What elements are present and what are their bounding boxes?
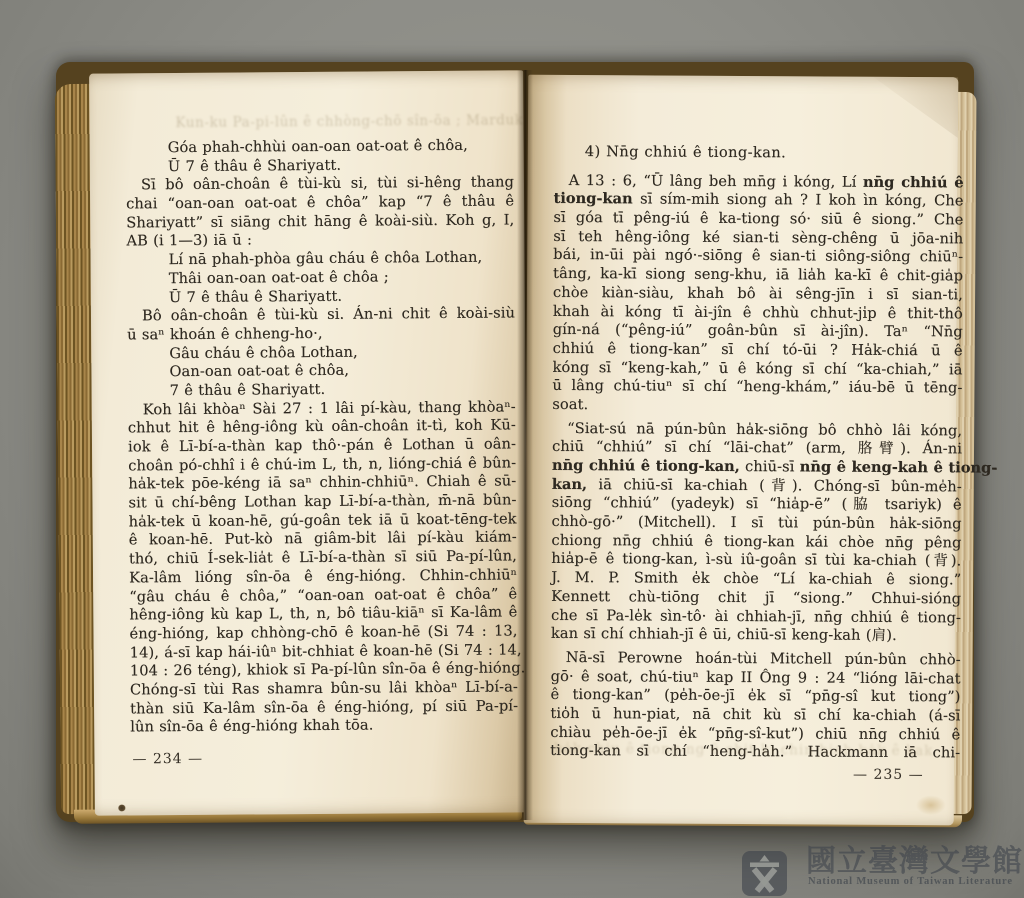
text-line: 4) Nn̄g chhiú ê tiong-kan. <box>554 143 964 164</box>
ghost-showthrough-line: ba̍k-chiu ê tiong-ng ū chit ki chin hiah… <box>554 741 933 759</box>
text-line: A 13 : 6, “Ū lâng beh mn̄g i kóng, Lí nn… <box>554 172 964 193</box>
corner-fold-crease <box>854 77 958 152</box>
text-line: kan sī chí chhiah-jī ê ūi, chiū-sī keng-… <box>551 625 961 646</box>
text-line: Bô oân-choân ê tùi-kù si. Án-ni chit ê k… <box>127 305 515 327</box>
age-stain <box>916 795 946 815</box>
text-line: Shariyatt” sī siāng chit hāng ê koài-siù… <box>126 211 514 233</box>
text-line: tâng, ka-kī siong seng-khu, iā lia̍h ka-… <box>553 265 963 286</box>
text-line: Lí nā phah-phòa gâu cháu ê chôa Lothan, <box>126 249 514 271</box>
text-line: hia̍p-ē ê tiong-kan, ì-sù iû-goân sī tùi… <box>551 550 961 571</box>
text-line: gín-ná (“pêng-iú” goân-bûn sī ài-jîn). T… <box>553 321 963 342</box>
text-line: siōng “chhiú” (yadeyk) sī “hia̍p-ē” (脇 t… <box>552 494 962 515</box>
text-line: chhò-gō·” (Mitchell). I sī tùi pún-bûn h… <box>551 513 961 534</box>
text-line: ū lâng chú-tiuⁿ sī chí “heng-khám,” iáu-… <box>552 377 962 398</box>
watermark-title-en: National Museum of Taiwan Literature <box>808 876 1013 887</box>
page-number-234: — 234 — <box>132 751 203 768</box>
book-gutter-shadow <box>517 70 533 820</box>
photographed-book-scene: Kun-ku Pa-pi-lûn ê chhòng-chō sîn-ōa ; M… <box>0 0 1024 898</box>
text-line: thàn siū Ka-lâm sîn-ōa ê éng-hióng, pí s… <box>130 697 518 719</box>
nmtl-logo-icon <box>742 851 787 896</box>
text-line: chhiú ê tiong-kan” sī chí tó-ūi ? Ha̍k-c… <box>553 340 963 361</box>
text-line: Chóng-sī tùi Ras shamra bûn-su lâi khòaⁿ… <box>130 678 518 700</box>
text-line: chòe kiàn-siàu, khah bô ài sêng-jīn i sī… <box>553 284 963 305</box>
text-line: gō· ê soat, chú-tiuⁿ kap II Ông 9 : 24 “… <box>551 667 961 688</box>
text-line: Ka-lâm lióng sîn-ōa ê éng-hióng. Chhin-c… <box>129 566 517 588</box>
text-line: Nā-sī Perowne hoán-tùi Mitchell pún-bûn … <box>551 649 961 670</box>
page-number-235: — 235 — <box>853 767 924 783</box>
right-page: 4) Nn̄g chhiú ê tiong-kan.A 13 : 6, “Ū l… <box>524 75 959 826</box>
left-page-text: Góa phah-chhùi oan-oan oat-oat ê chôa,Ū … <box>126 136 519 737</box>
left-page: Kun-ku Pa-pi-lûn ê chhòng-chō sîn-ōa ; M… <box>89 70 529 815</box>
ink-stain <box>118 804 126 811</box>
text-line: tio̍h ū hun-piat, nā chit kù sī chí ka-c… <box>550 705 960 726</box>
text-line: J. M. P. Smith e̍k chòe “Lí ka-chiah ê s… <box>551 569 961 590</box>
text-line: tiong-kan sī sím-mih siong ah ? I koh ìn… <box>553 190 963 211</box>
ghost-showthrough-line: Kun-ku Pa-pi-lûn ê chhòng-chō sîn-ōa ; M… <box>175 112 523 131</box>
museum-watermark: 國立臺灣文學館 National Museum of Taiwan Litera… <box>742 838 1024 898</box>
watermark-title-zh: 國立臺灣文學館 <box>806 836 1023 880</box>
text-line: éng-hióng, kap chhòng-chō ê koan-hē (Si … <box>129 622 517 644</box>
text-line: Kennett chù-tiōng chit jī “siong.” Chhui… <box>551 588 961 609</box>
text-line: ê tiong-kan” (pe̍h-ōe-jī e̍k sī “pn̄g-sî… <box>550 686 960 707</box>
text-line: lûn sîn-ōa ê éng-hióng khah tōa. <box>130 716 518 738</box>
text-line: chiū “chhiú” sī chí “lāi-chat” (arm, 胳臂)… <box>552 438 962 459</box>
text-line: nn̄g chhiú ê tiong-kan, chiū-sī nn̄g ê k… <box>552 457 962 478</box>
text-line: Góa phah-chhùi oan-oan oat-oat ê chôa, <box>126 136 514 158</box>
text-line: bái, in-ūi pài ngó·-siōng ê sian-ti siôn… <box>553 246 963 267</box>
text-line: soat. <box>552 396 962 417</box>
text-line: sī góa tī pêng-iú ê ka-tiong só· siū ê s… <box>553 209 963 230</box>
text-line: kóng sī “keng-kah,” ū ê kóng sī chí “ka-… <box>552 358 962 379</box>
right-page-text: 4) Nn̄g chhiú ê tiong-kan.A 13 : 6, “Ū l… <box>550 143 964 763</box>
